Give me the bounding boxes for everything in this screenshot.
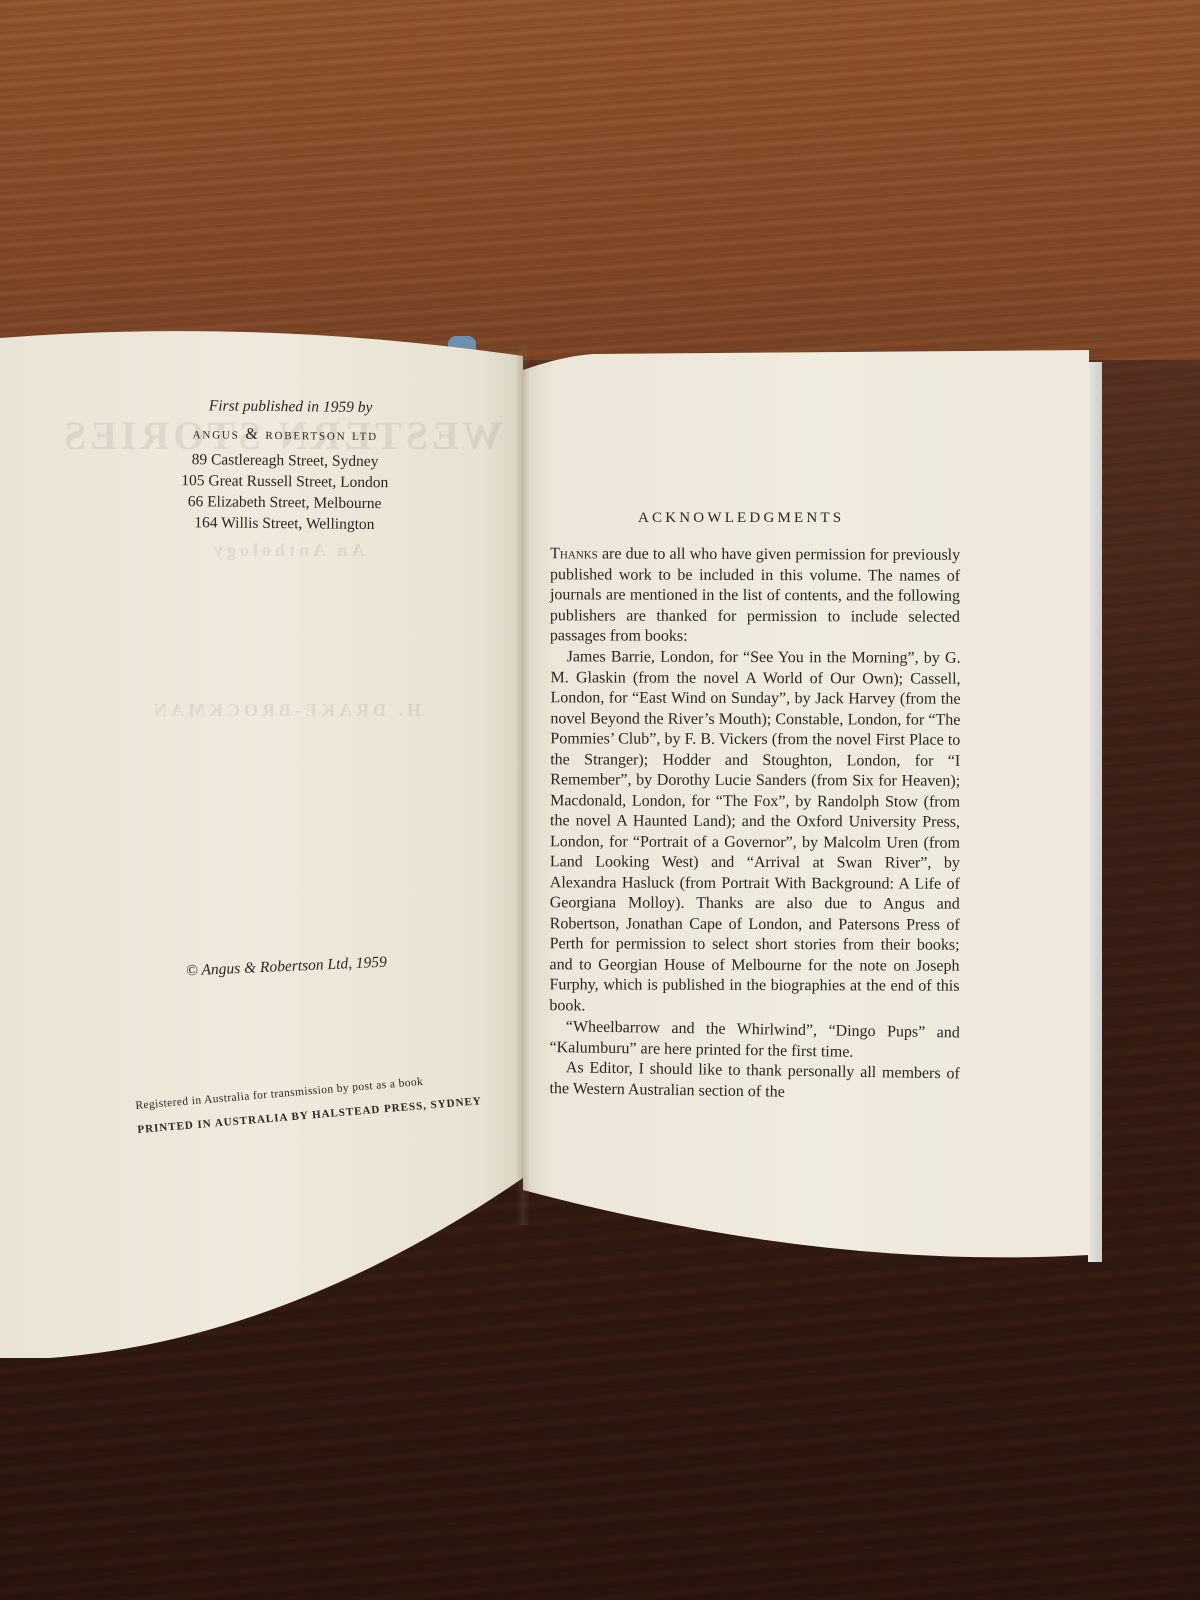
paragraph-publishers: James Barrie, London, for “See You in th…	[549, 647, 960, 1017]
address-london: 105 Great Russell Street, London	[150, 470, 420, 494]
address-melbourne: 66 Elizabeth Street, Melbourne	[150, 491, 420, 515]
publisher-name: ANGUS & ROBERTSON LTD	[150, 425, 420, 446]
show-through-subtitle: An Anthology	[210, 540, 365, 561]
first-published-line: First published in 1959 by	[161, 397, 421, 418]
paragraph-first-printed: “Wheelbarrow and the Whirlwind”, “Dingo …	[549, 1017, 960, 1064]
address-sydney: 89 Castlereagh Street, Sydney	[150, 449, 420, 473]
imprint-block: First published in 1959 by ANGUS & ROBER…	[119, 396, 420, 535]
book-gutter	[516, 345, 530, 1225]
page-title: ACKNOWLEDGMENTS	[638, 510, 844, 527]
acknowledgments-body: Thanks are due to all who have given per…	[550, 545, 960, 1099]
book-cover-edge	[1088, 362, 1102, 1262]
paragraph-editor-thanks: As Editor, I should like to thank person…	[549, 1058, 960, 1105]
lead-word: Thanks	[550, 545, 598, 562]
show-through-editor: H. DRAKE-BROCKMAN	[150, 700, 421, 721]
address-wellington: 164 Willis Street, Wellington	[149, 512, 419, 536]
wooden-table-top	[0, 0, 1200, 360]
paragraph-intro: Thanks are due to all who have given per…	[550, 544, 960, 648]
